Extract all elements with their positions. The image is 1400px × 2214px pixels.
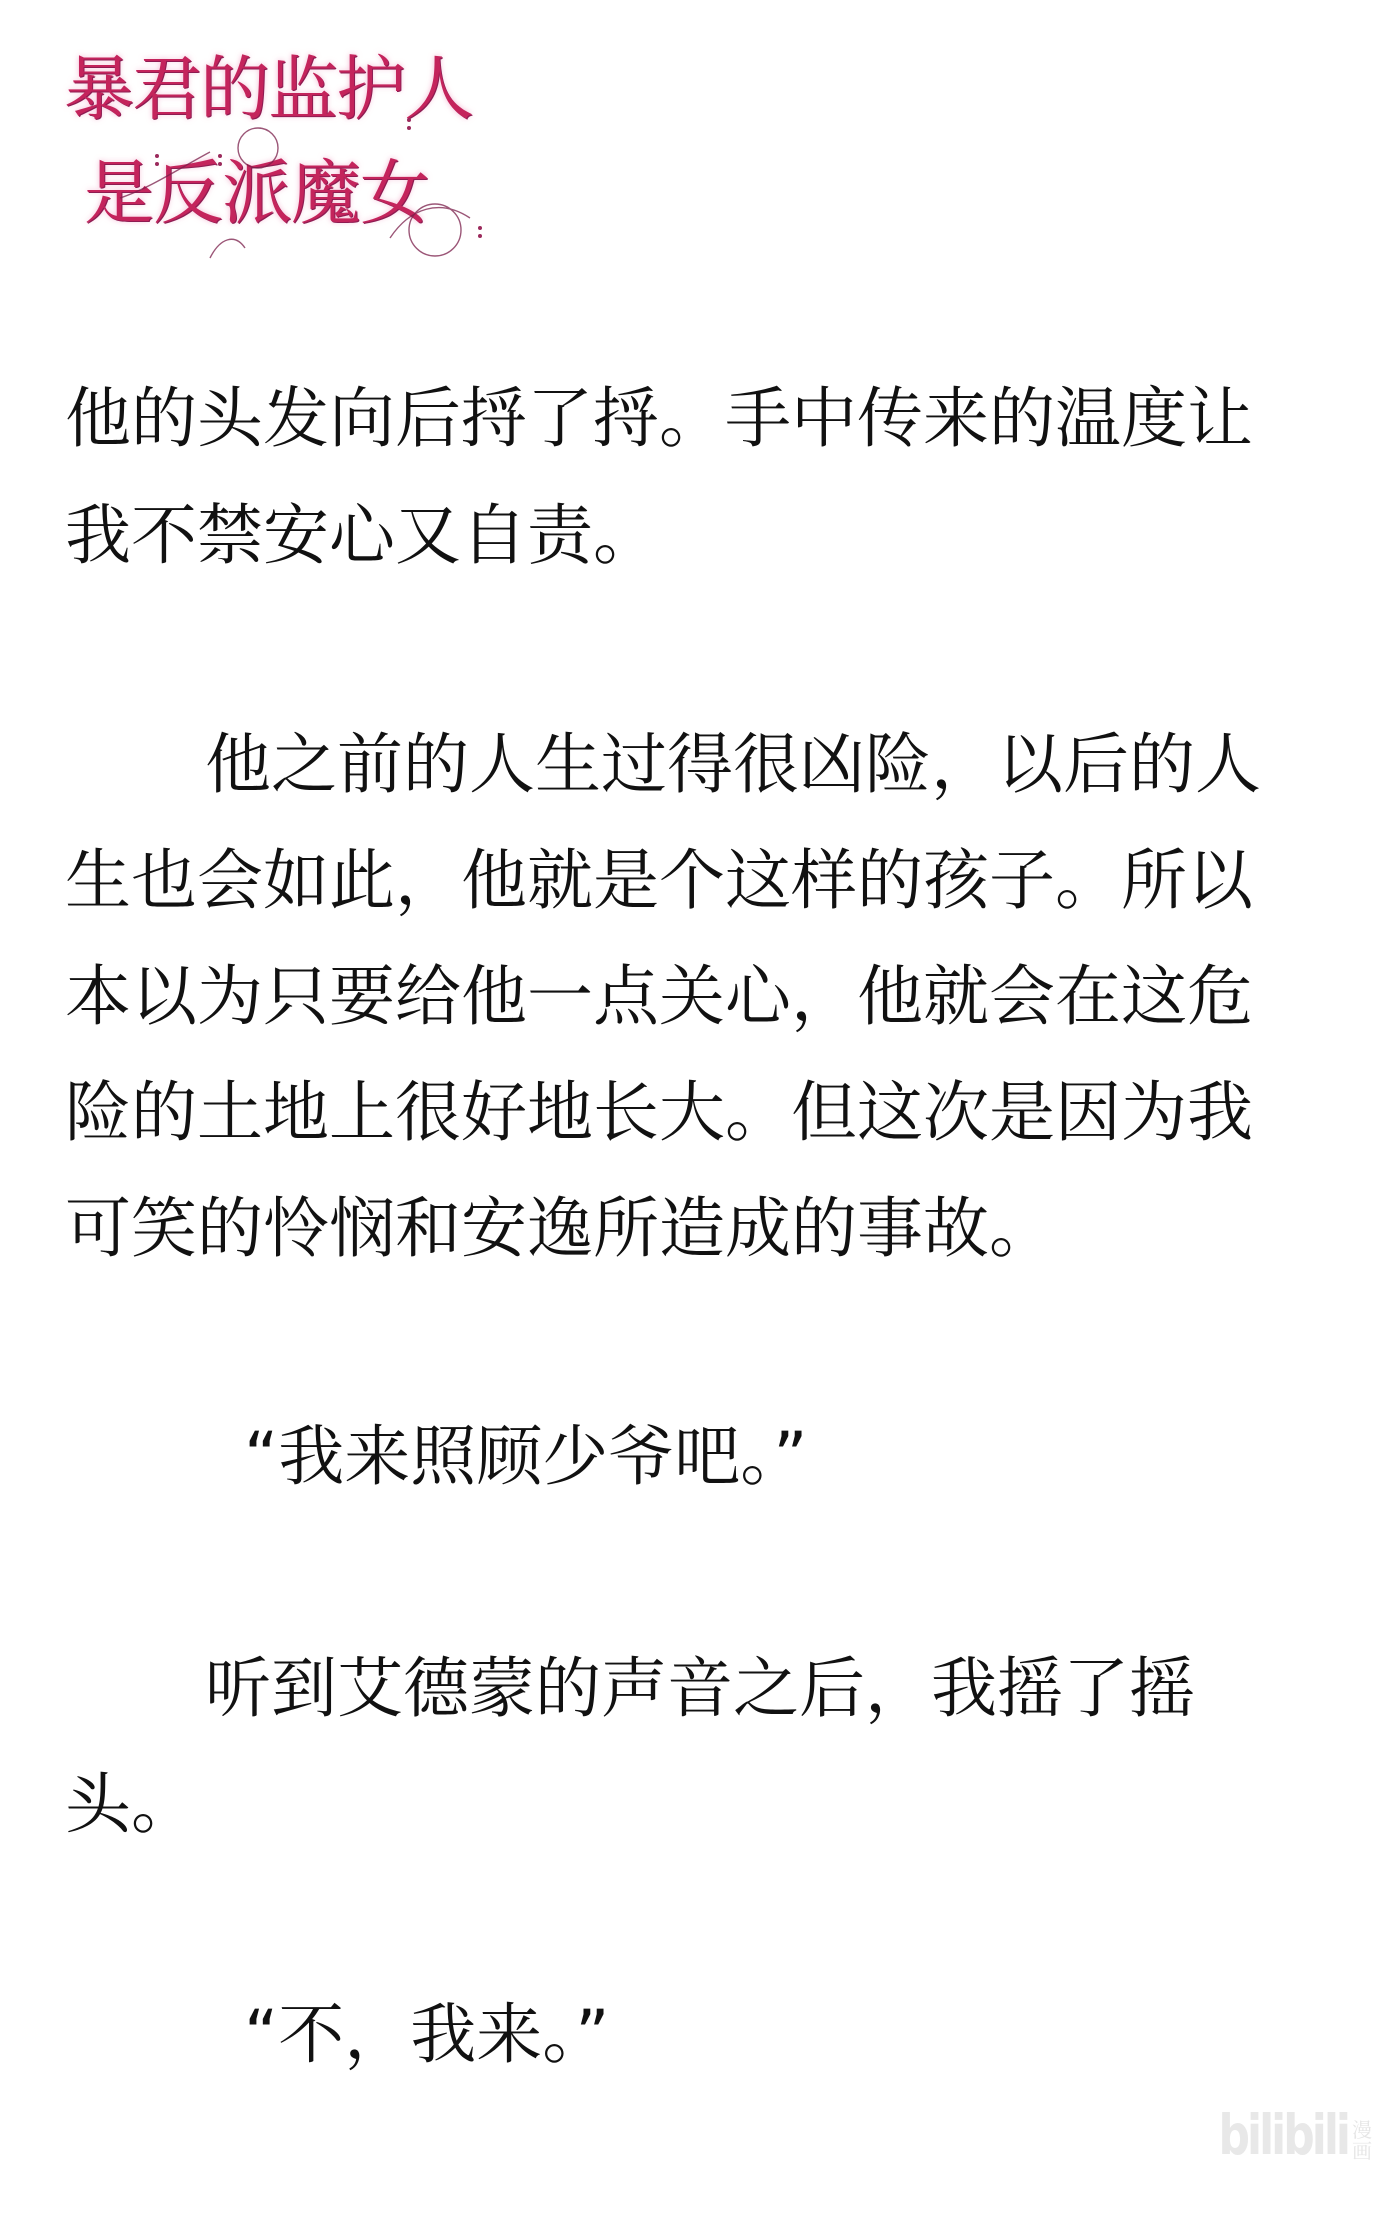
bilibili-manga-watermark: bilibili 漫 画 — [1219, 2120, 1372, 2164]
text-line: 他之前的人生过得很凶险，以后的人 — [205, 732, 1261, 798]
logo-title-line-1: 暴君的监护人 — [64, 54, 472, 124]
text-line: “我来照顾少爷吧。” — [244, 1424, 807, 1490]
text-line: 险的土地上很好地长大。但这次是因为我 — [65, 1080, 1253, 1146]
text-line: 我不禁安心又自责。 — [65, 503, 659, 569]
text-line: 可笑的怜悯和安逸所造成的事故。 — [65, 1196, 1055, 1262]
text-line: 生也会如此，他就是个这样的孩子。所以 — [65, 848, 1253, 914]
comic-title-logo: 暴君的监护人 是反派魔女 — [60, 48, 500, 268]
text-line: 他的头发向后捋了捋。手中传来的温度让 — [65, 386, 1253, 452]
text-line: 本以为只要给他一点关心，他就会在这危 — [65, 964, 1253, 1030]
logo-title-line-2: 是反派魔女 — [84, 158, 429, 228]
watermark-sub-char-1: 漫 — [1352, 2120, 1372, 2141]
text-line: 头。 — [65, 1772, 197, 1838]
watermark-sub-text: 漫 画 — [1352, 2120, 1372, 2162]
text-line: “不，我来。” — [244, 2002, 609, 2068]
text-line: 听到艾德蒙的声音之后，我摇了摇 — [205, 1656, 1195, 1722]
watermark-sub-char-2: 画 — [1352, 2141, 1372, 2162]
watermark-brand-text: bilibili — [1219, 2109, 1348, 2164]
